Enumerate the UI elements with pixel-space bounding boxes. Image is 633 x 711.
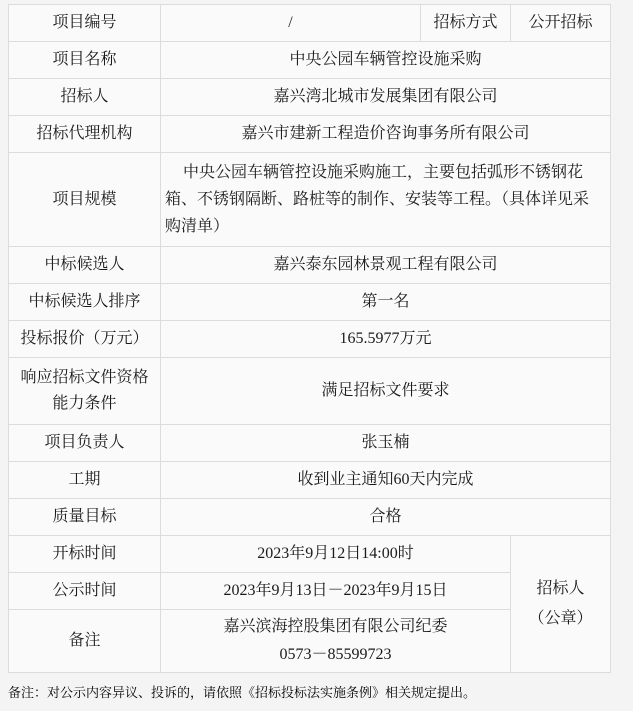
row-label: 响应招标文件资格能力条件 — [9, 358, 161, 425]
row-value: 中央公园车辆管控设施采购 — [161, 42, 611, 79]
row-value: 嘉兴滨海控股集团有限公司纪委 0573－85599723 — [161, 610, 511, 673]
table-row-quality-target: 质量目标 合格 — [9, 499, 611, 536]
row-label: 项目编号 — [9, 5, 161, 42]
table-row-qualification: 响应招标文件资格能力条件 满足招标文件要求 — [9, 358, 611, 425]
table-row-project-scope: 项目规模 中央公园车辆管控设施采购施工，主要包括弧形不锈钢花箱、不锈钢隔断、路桩… — [9, 153, 611, 247]
bid-announcement-table: 项目编号 / 招标方式 公开招标 项目名称 中央公园车辆管控设施采购 招标人 嘉… — [8, 4, 611, 673]
announcement-page: 项目编号 / 招标方式 公开招标 项目名称 中央公园车辆管控设施采购 招标人 嘉… — [0, 0, 633, 701]
row-label: 招标人 — [9, 79, 161, 116]
row-value: 中央公园车辆管控设施采购施工，主要包括弧形不锈钢花箱、不锈钢隔断、路桩等的制作、… — [161, 153, 611, 247]
table-row-project-manager: 项目负责人 张玉楠 — [9, 425, 611, 462]
table-row-winning-candidate: 中标候选人 嘉兴泰东园林景观工程有限公司 — [9, 247, 611, 284]
row-value: 2023年9月13日－2023年9月15日 — [161, 573, 511, 610]
row-label: 项目名称 — [9, 42, 161, 79]
row-label: 投标报价（万元） — [9, 321, 161, 358]
tenderer-seal-cell: 招标人 （公章） — [511, 536, 611, 673]
row-label-bid-method: 招标方式 — [421, 5, 511, 42]
footer-note: 备注：对公示内容异议、投诉的，请依照《招标投标法实施条例》相关规定提出。 — [8, 684, 633, 701]
row-value-bid-method: 公开招标 — [511, 5, 611, 42]
row-value: 嘉兴泰东园林景观工程有限公司 — [161, 247, 611, 284]
row-value: 满足招标文件要求 — [161, 358, 611, 425]
row-label: 项目负责人 — [9, 425, 161, 462]
row-label: 中标候选人排序 — [9, 284, 161, 321]
row-label: 备注 — [9, 610, 161, 673]
row-value: / — [161, 5, 421, 42]
row-value: 嘉兴市建新工程造价咨询事务所有限公司 — [161, 116, 611, 153]
row-value: 张玉楠 — [161, 425, 611, 462]
table-row-duration: 工期 收到业主通知60天内完成 — [9, 462, 611, 499]
row-value: 合格 — [161, 499, 611, 536]
row-label: 工期 — [9, 462, 161, 499]
row-label: 招标代理机构 — [9, 116, 161, 153]
seal-line-1: 招标人 — [515, 574, 606, 604]
table-row-tenderer: 招标人 嘉兴湾北城市发展集团有限公司 — [9, 79, 611, 116]
remark-phone: 0573－85599723 — [165, 641, 506, 669]
table-row-agency: 招标代理机构 嘉兴市建新工程造价咨询事务所有限公司 — [9, 116, 611, 153]
row-value: 165.5977万元 — [161, 321, 611, 358]
row-label: 质量目标 — [9, 499, 161, 536]
row-value: 收到业主通知60天内完成 — [161, 462, 611, 499]
row-value: 嘉兴湾北城市发展集团有限公司 — [161, 79, 611, 116]
row-value: 2023年9月12日14:00时 — [161, 536, 511, 573]
seal-line-2: （公章） — [515, 604, 606, 634]
table-row-opening-time: 开标时间 2023年9月12日14:00时 招标人 （公章） — [9, 536, 611, 573]
row-label: 公示时间 — [9, 573, 161, 610]
table-row-bid-price: 投标报价（万元） 165.5977万元 — [9, 321, 611, 358]
remark-org: 嘉兴滨海控股集团有限公司纪委 — [165, 613, 506, 641]
row-label: 项目规模 — [9, 153, 161, 247]
row-label: 开标时间 — [9, 536, 161, 573]
row-label: 中标候选人 — [9, 247, 161, 284]
table-row-project-name: 项目名称 中央公园车辆管控设施采购 — [9, 42, 611, 79]
table-row-project-number: 项目编号 / 招标方式 公开招标 — [9, 5, 611, 42]
table-row-candidate-rank: 中标候选人排序 第一名 — [9, 284, 611, 321]
row-value: 第一名 — [161, 284, 611, 321]
